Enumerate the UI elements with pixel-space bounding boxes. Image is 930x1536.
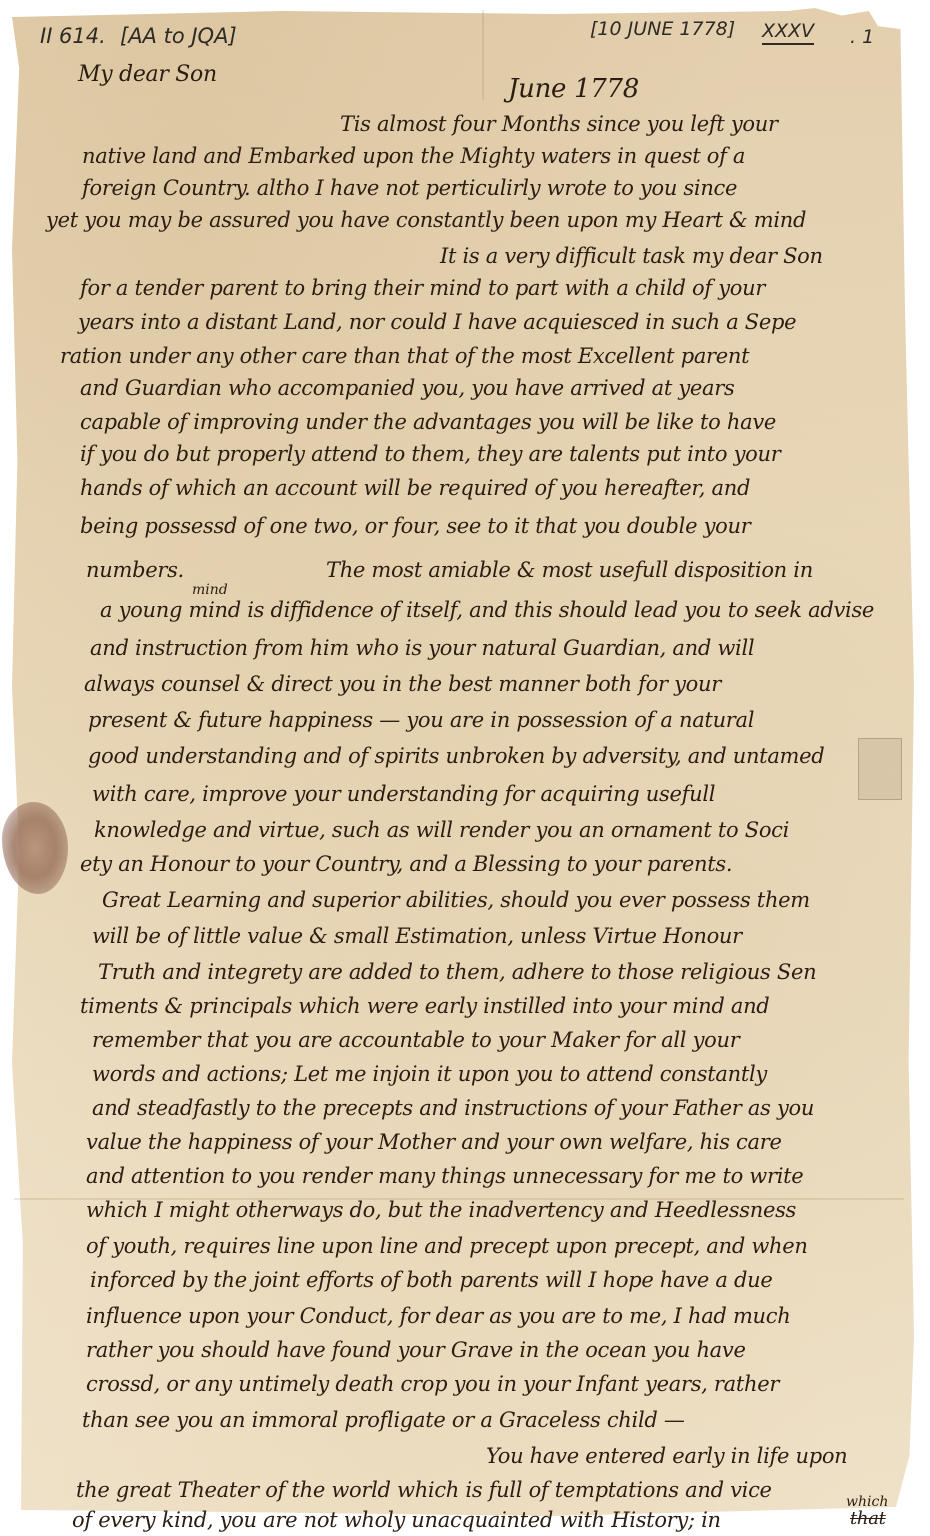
- letter-line: It is a very difficult task my dear Son: [440, 244, 823, 268]
- letter-line: of every kind, you are not wholy unacqua…: [72, 1508, 721, 1532]
- folio-number: XXXV: [762, 20, 814, 45]
- letter-line: and instruction from him who is your nat…: [90, 636, 754, 660]
- letter-line: of youth, requires line upon line and pr…: [86, 1234, 808, 1258]
- letter-line: crossd, or any untimely death crop you i…: [86, 1372, 779, 1396]
- letter-line: and attention to you render many things …: [86, 1164, 803, 1188]
- letter-line: words and actions; Let me injoin it upon…: [92, 1062, 767, 1086]
- letter-line: Tis almost four Months since you left yo…: [340, 112, 778, 136]
- archival-correspondents: [AA to JQA]: [120, 24, 237, 48]
- letter-line: with care, improve your understanding fo…: [92, 782, 715, 806]
- letter-line: The most amiable & most usefull disposit…: [326, 558, 813, 582]
- letter-line: value the happiness of your Mother and y…: [86, 1130, 782, 1154]
- letter-line: for a tender parent to bring their mind …: [80, 276, 765, 300]
- letter-line: ration under any other care than that of…: [60, 344, 749, 368]
- vertical-fold-crease: [482, 10, 484, 100]
- letter-line: Great Learning and superior abilities, s…: [102, 888, 810, 912]
- letter-line: You have entered early in life upon: [486, 1444, 847, 1468]
- letter-line: being possessd of one two, or four, see …: [80, 514, 750, 538]
- letter-line: and Guardian who accompanied you, you ha…: [80, 376, 734, 400]
- letter-line: knowledge and virtue, such as will rende…: [94, 818, 789, 842]
- paper-repair-patch: [858, 738, 902, 800]
- letter-line: than see you an immoral profligate or a …: [82, 1408, 685, 1432]
- letter-line: a young mind is diffidence of itself, an…: [100, 598, 874, 622]
- letter-line: years into a distant Land, nor could I h…: [78, 310, 796, 334]
- letter-line: good understanding and of spirits unbrok…: [88, 744, 824, 768]
- letter-line: always counsel & direct you in the best …: [84, 672, 721, 696]
- letter-line: capable of improving under the advantage…: [80, 410, 776, 434]
- letter-line: inforced by the joint efforts of both pa…: [90, 1268, 772, 1292]
- letter-line: numbers.: [86, 558, 184, 582]
- letter-line: ety an Honour to your Country, and a Ble…: [80, 852, 732, 876]
- letter-line: will be of little value & small Estimati…: [92, 924, 742, 948]
- wax-seal-stain: [2, 802, 68, 894]
- letter-line: foreign Country. altho I have not pertic…: [82, 176, 737, 200]
- archival-reference: II 614.: [40, 24, 106, 48]
- letter-line: the great Theater of the world which is …: [76, 1478, 772, 1502]
- struck-word: that: [850, 1508, 886, 1529]
- archival-date-note: [10 JUNE 1778]: [590, 18, 735, 40]
- page-number: . 1: [850, 26, 874, 48]
- letter-line: and steadfastly to the precepts and inst…: [92, 1096, 814, 1120]
- letter-line: Truth and integrety are added to them, a…: [98, 960, 816, 984]
- letter-line: timents & principals which were early in…: [80, 994, 769, 1018]
- dateline: June 1778: [508, 74, 639, 104]
- letter-line: native land and Embarked upon the Mighty…: [82, 144, 745, 168]
- letter-line: yet you may be assured you have constant…: [46, 208, 806, 232]
- salutation: My dear Son: [78, 62, 217, 87]
- letter-line: which I might otherways do, but the inad…: [86, 1198, 796, 1222]
- letter-line: hands of which an account will be requir…: [80, 476, 750, 500]
- letter-line: rather you should have found your Grave …: [86, 1338, 746, 1362]
- letter-line: present & future happiness — you are in …: [88, 708, 754, 732]
- letter-line: remember that you are accountable to you…: [92, 1028, 739, 1052]
- letter-line: if you do but properly attend to them, t…: [80, 442, 780, 466]
- letter-line: influence upon your Conduct, for dear as…: [86, 1304, 790, 1328]
- interlinear-insertion: mind: [192, 582, 228, 598]
